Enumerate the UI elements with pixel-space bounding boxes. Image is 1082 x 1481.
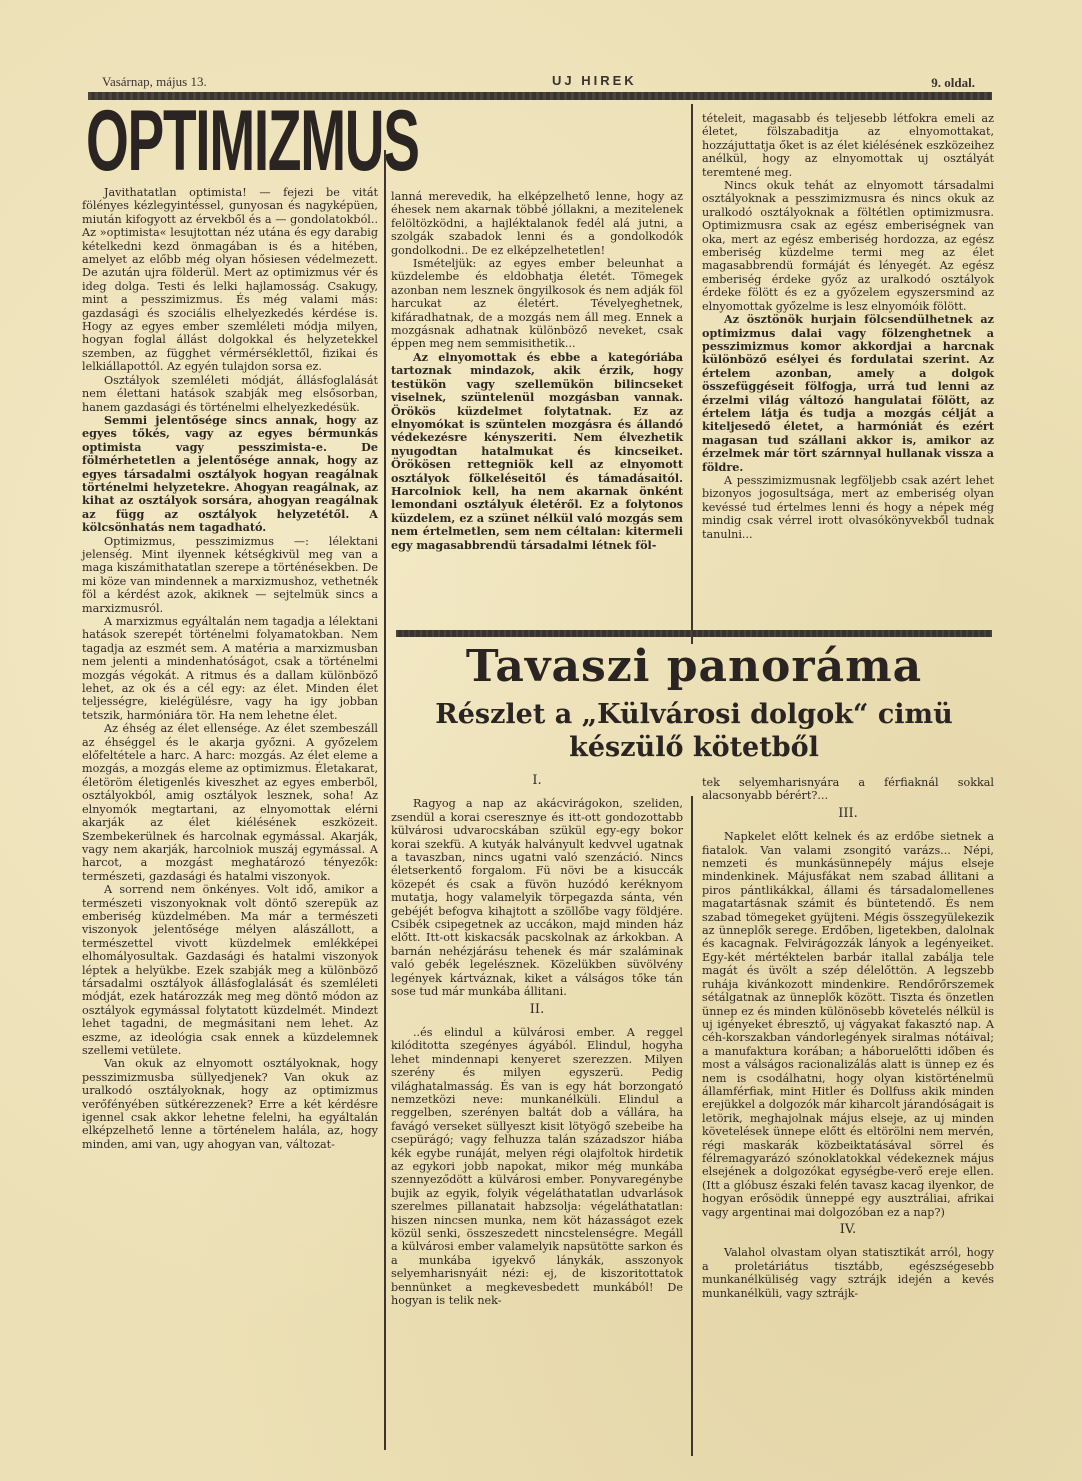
article-separator-rule <box>396 630 992 637</box>
section-numeral: III. <box>702 807 994 820</box>
paragraph: Semmi jelentősége sincs annak, hogy az e… <box>82 414 378 535</box>
subtitle-line-2: készülő kötetből <box>396 731 992 764</box>
optimizmus-column-3: tételeit, magasabb és teljesebb létfokra… <box>702 112 994 632</box>
paragraph: Valahol olvastam olyan statisztikát arró… <box>702 1246 994 1300</box>
column-divider <box>691 796 693 1456</box>
paragraph: Az éhség az élet ellensége. Az élet szem… <box>82 722 378 883</box>
paragraph: tételeit, magasabb és teljesebb létfokra… <box>702 112 994 179</box>
paragraph: Van okuk az elnyomott osztályoknak, hogy… <box>82 1057 378 1151</box>
section-numeral: I. <box>391 774 683 787</box>
paragraph: Napkelet előtt kelnek és az erdőbe sietn… <box>702 830 994 1219</box>
paragraph: lanná merevedik, ha elképzelhető lenne, … <box>391 190 683 257</box>
issue-date: Vasárnap, május 13. <box>102 74 207 90</box>
subtitle-line-1: Részlet a „Külvárosi dolgok“ cimü <box>396 698 992 731</box>
tavaszi-column-2: tek selyemharisnyára a férfiaknál sokkal… <box>702 776 994 1466</box>
section-numeral: II. <box>391 1003 683 1016</box>
page-number: 9. oldal. <box>931 75 975 91</box>
paragraph: Nincs okuk tehát az elnyomott társadalmi… <box>702 179 994 313</box>
paragraph: ..és elindul a külvárosi ember. A reggel… <box>391 1026 683 1308</box>
article-title-optimizmus: OPTIMIZMUS <box>86 104 419 178</box>
paragraph: A sorrend nem önkényes. Volt idő, amikor… <box>82 883 378 1057</box>
optimizmus-column-1: Javithatatlan optimista! — fejezi be vit… <box>82 186 378 1456</box>
paragraph: tek selyemharisnyára a férfiaknál sokkal… <box>702 776 994 803</box>
newspaper-page: Vasárnap, május 13. UJ HIREK 9. oldal. O… <box>0 0 1082 1481</box>
section-numeral: IV. <box>702 1223 994 1236</box>
article-subtitle: Részlet a „Külvárosi dolgok“ cimü készül… <box>396 698 992 764</box>
paragraph: Ragyog a nap az akácvirágokon, szeliden,… <box>391 797 683 998</box>
paragraph: Az ösztönök hurjain fölcsendülhetnek az … <box>702 313 994 474</box>
article-title-tavaszi-panorama: Tavaszi panoráma <box>396 642 992 692</box>
optimizmus-column-2: lanná merevedik, ha elképzelhető lenne, … <box>391 190 683 640</box>
paragraph: A pesszimizmusnak legföljebb csak azért … <box>702 474 994 541</box>
tavaszi-column-1: I. Ragyog a nap az akácvirágokon, szelid… <box>391 770 683 1460</box>
paragraph: Ismételjük: az egyes ember beleunhat a k… <box>391 257 683 351</box>
paragraph: Az elnyomottak és ebbe a kategóriába tar… <box>391 351 683 552</box>
paragraph: Javithatatlan optimista! — fejezi be vit… <box>82 186 378 374</box>
column-divider <box>384 150 386 1450</box>
page-header: Vasárnap, május 13. UJ HIREK 9. oldal. <box>100 72 985 92</box>
column-divider <box>691 104 693 644</box>
masthead: UJ HIREK <box>552 73 637 88</box>
paragraph: Optimizmus, pesszimizmus —: lélektani je… <box>82 535 378 615</box>
paragraph: A marxizmus egyáltalán nem tagadja a lél… <box>82 615 378 722</box>
paragraph: Osztályok szemléleti módját, állásfoglal… <box>82 374 378 414</box>
